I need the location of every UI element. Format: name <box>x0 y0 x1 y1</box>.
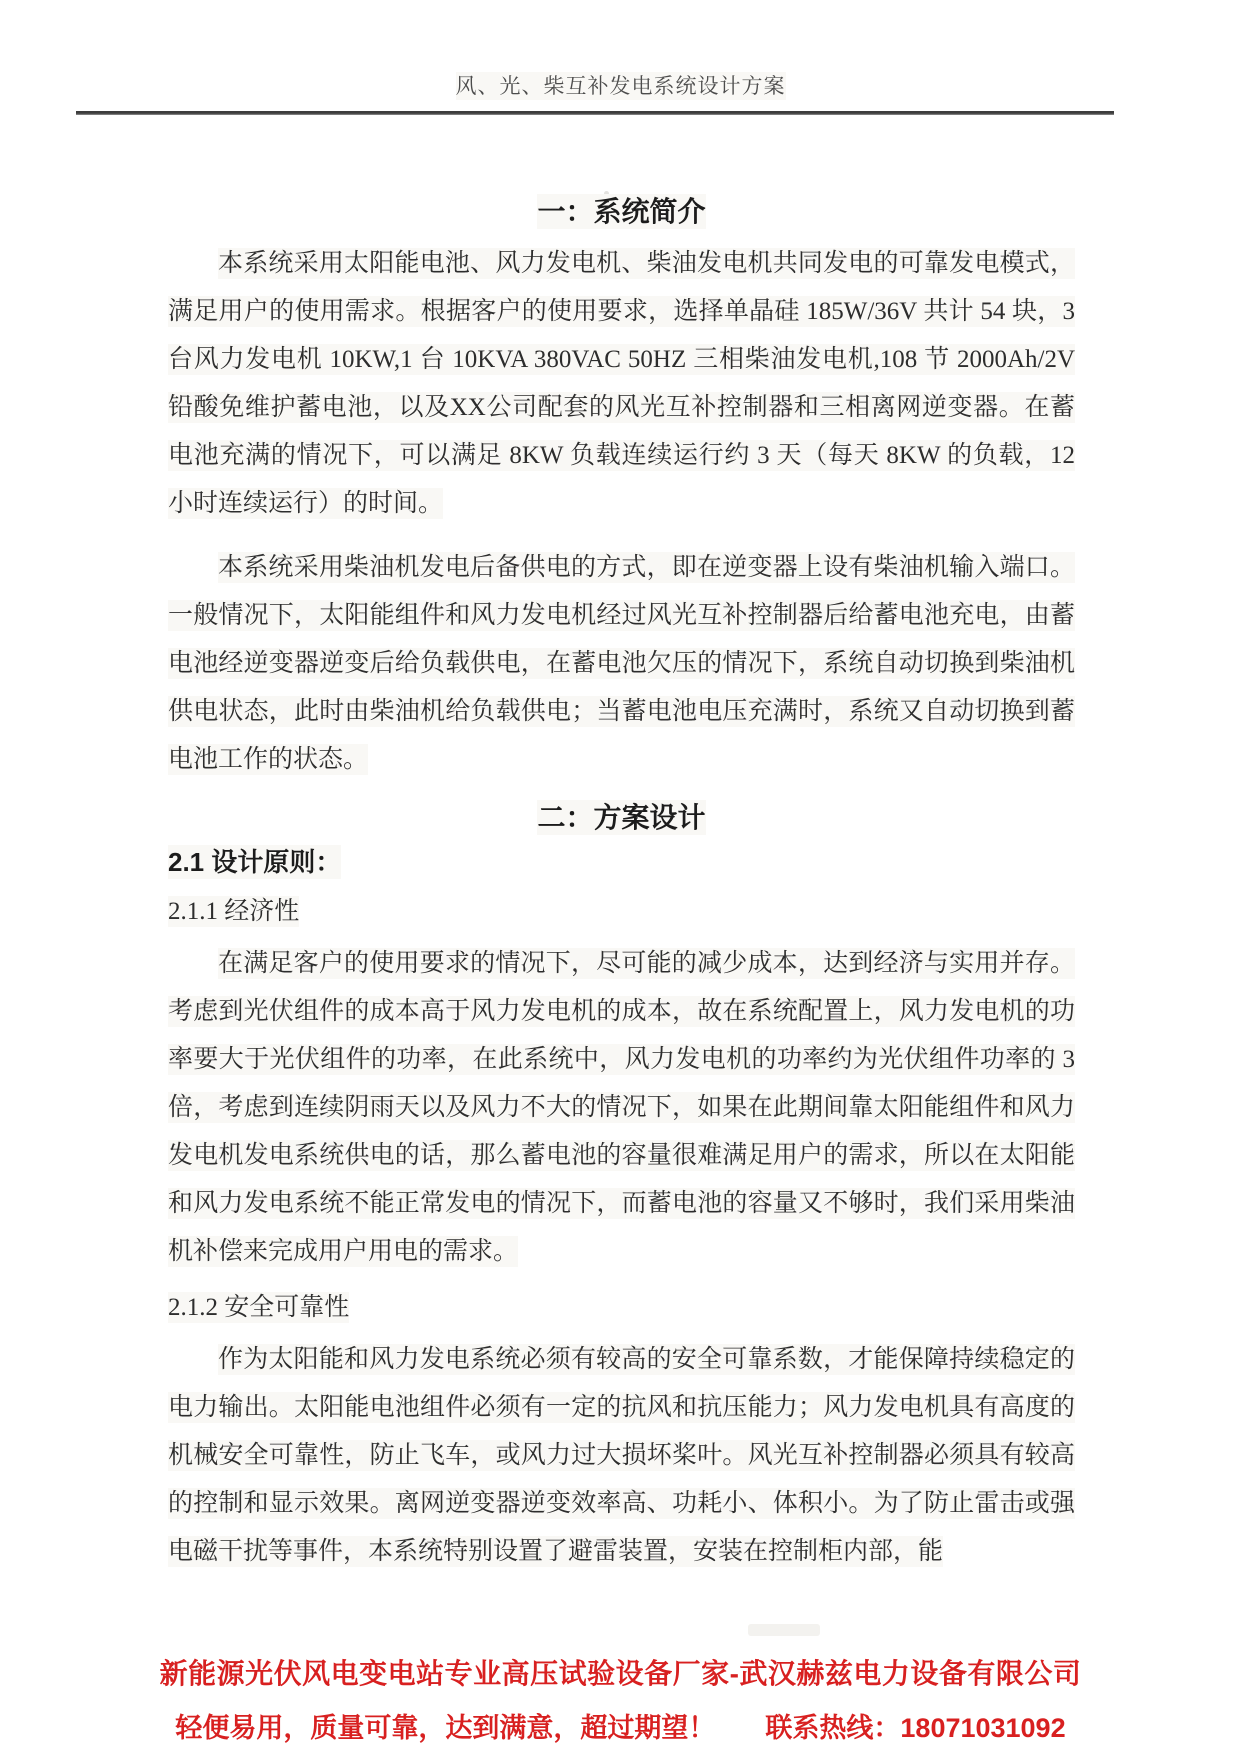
section-heading-design: 二：方案设计 <box>168 798 1075 838</box>
paragraph-intro-2: 本系统采用柴油机发电后备供电的方式，即在逆变器上设有柴油机输入端口。一般情况下，… <box>168 544 1075 784</box>
subsection-heading-safety: 2.1.2 安全可靠性 <box>168 1288 1075 1328</box>
paragraph-economy: 在满足客户的使用要求的情况下，尽可能的减少成本，达到经济与实用并存。考虑到光伏组… <box>168 940 1075 1276</box>
footer-hotline: 联系热线：18071031092 <box>765 1710 1065 1746</box>
footer-slogan-line: 轻便易用，质量可靠，达到满意，超过期望！ 联系热线：18071031092 <box>0 1710 1241 1746</box>
running-header-title: 风、光、柴互补发电系统设计方案 <box>456 72 786 100</box>
footer-company-line: 新能源光伏风电变电站专业高压试验设备厂家-武汉赫兹电力设备有限公司 <box>0 1656 1241 1692</box>
section-heading-intro: 一：系统简介 <box>168 192 1075 232</box>
subsection-heading-economy: 2.1.1 经济性 <box>168 892 1075 932</box>
footer-slogan: 轻便易用，质量可靠，达到满意，超过期望！ <box>175 1710 715 1746</box>
paragraph-intro-1: 本系统采用太阳能电池、风力发电机、柴油发电机共同发电的可靠发电模式，满足用户的使… <box>168 240 1075 528</box>
document-page: 风、光、柴互补发电系统设计方案 一：系统简介 本系统采用太阳能电池、风力发电机、… <box>0 0 1241 1754</box>
document-body: 一：系统简介 本系统采用太阳能电池、风力发电机、柴油发电机共同发电的可靠发电模式… <box>168 192 1075 1576</box>
paragraph-safety: 作为太阳能和风力发电系统必须有较高的安全可靠系数，才能保障持续稳定的电力输出。太… <box>168 1336 1075 1576</box>
running-header: 风、光、柴互补发电系统设计方案 <box>0 72 1241 100</box>
scan-smudge <box>748 1624 820 1636</box>
subsection-heading-principles: 2.1 设计原则： <box>168 844 1075 880</box>
header-divider-rule <box>76 111 1114 115</box>
